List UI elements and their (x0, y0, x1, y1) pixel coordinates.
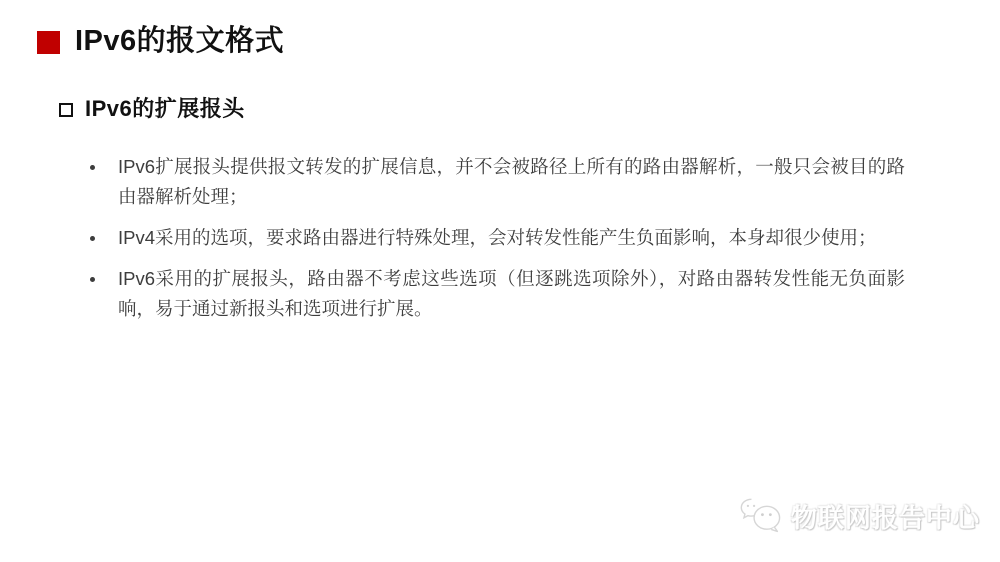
list-item: IPv4采用的选项，要求路由器进行特殊处理，会对转发性能产生负面影响，本身却很少… (90, 223, 910, 253)
title-row: IPv6的报文格式 (37, 25, 284, 57)
slide: IPv6的报文格式 IPv6的扩展报头 IPv6扩展报头提供报文转发的扩展信息，… (0, 0, 1000, 562)
watermark-text: 物联网报告中心 (791, 498, 980, 535)
page-title: IPv6的报文格式 (75, 25, 284, 57)
section-heading: IPv6的扩展报头 (85, 96, 245, 122)
section-heading-row: IPv6的扩展报头 (59, 96, 245, 122)
bullet-dot-icon (90, 165, 95, 170)
list-item: IPv6扩展报头提供报文转发的扩展信息，并不会被路径上所有的路由器解析，一般只会… (90, 152, 910, 212)
red-square-bullet-icon (37, 31, 60, 54)
bullet-text: IPv6扩展报头提供报文转发的扩展信息，并不会被路径上所有的路由器解析，一般只会… (118, 152, 905, 212)
bullet-text: IPv6采用的扩展报头，路由器不考虑这些选项（但逐跳选项除外），对路由器转发性能… (118, 264, 905, 324)
hollow-square-bullet-icon (59, 103, 73, 117)
bullet-list: IPv6扩展报头提供报文转发的扩展信息，并不会被路径上所有的路由器解析，一般只会… (90, 152, 910, 335)
bullet-dot-icon (90, 277, 95, 282)
bullet-text: IPv4采用的选项，要求路由器进行特殊处理，会对转发性能产生负面影响，本身却很少… (118, 223, 905, 253)
watermark: 物联网报告中心 (740, 496, 980, 536)
wechat-logo-icon (740, 496, 784, 536)
bullet-dot-icon (90, 236, 95, 241)
list-item: IPv6采用的扩展报头，路由器不考虑这些选项（但逐跳选项除外），对路由器转发性能… (90, 264, 910, 324)
